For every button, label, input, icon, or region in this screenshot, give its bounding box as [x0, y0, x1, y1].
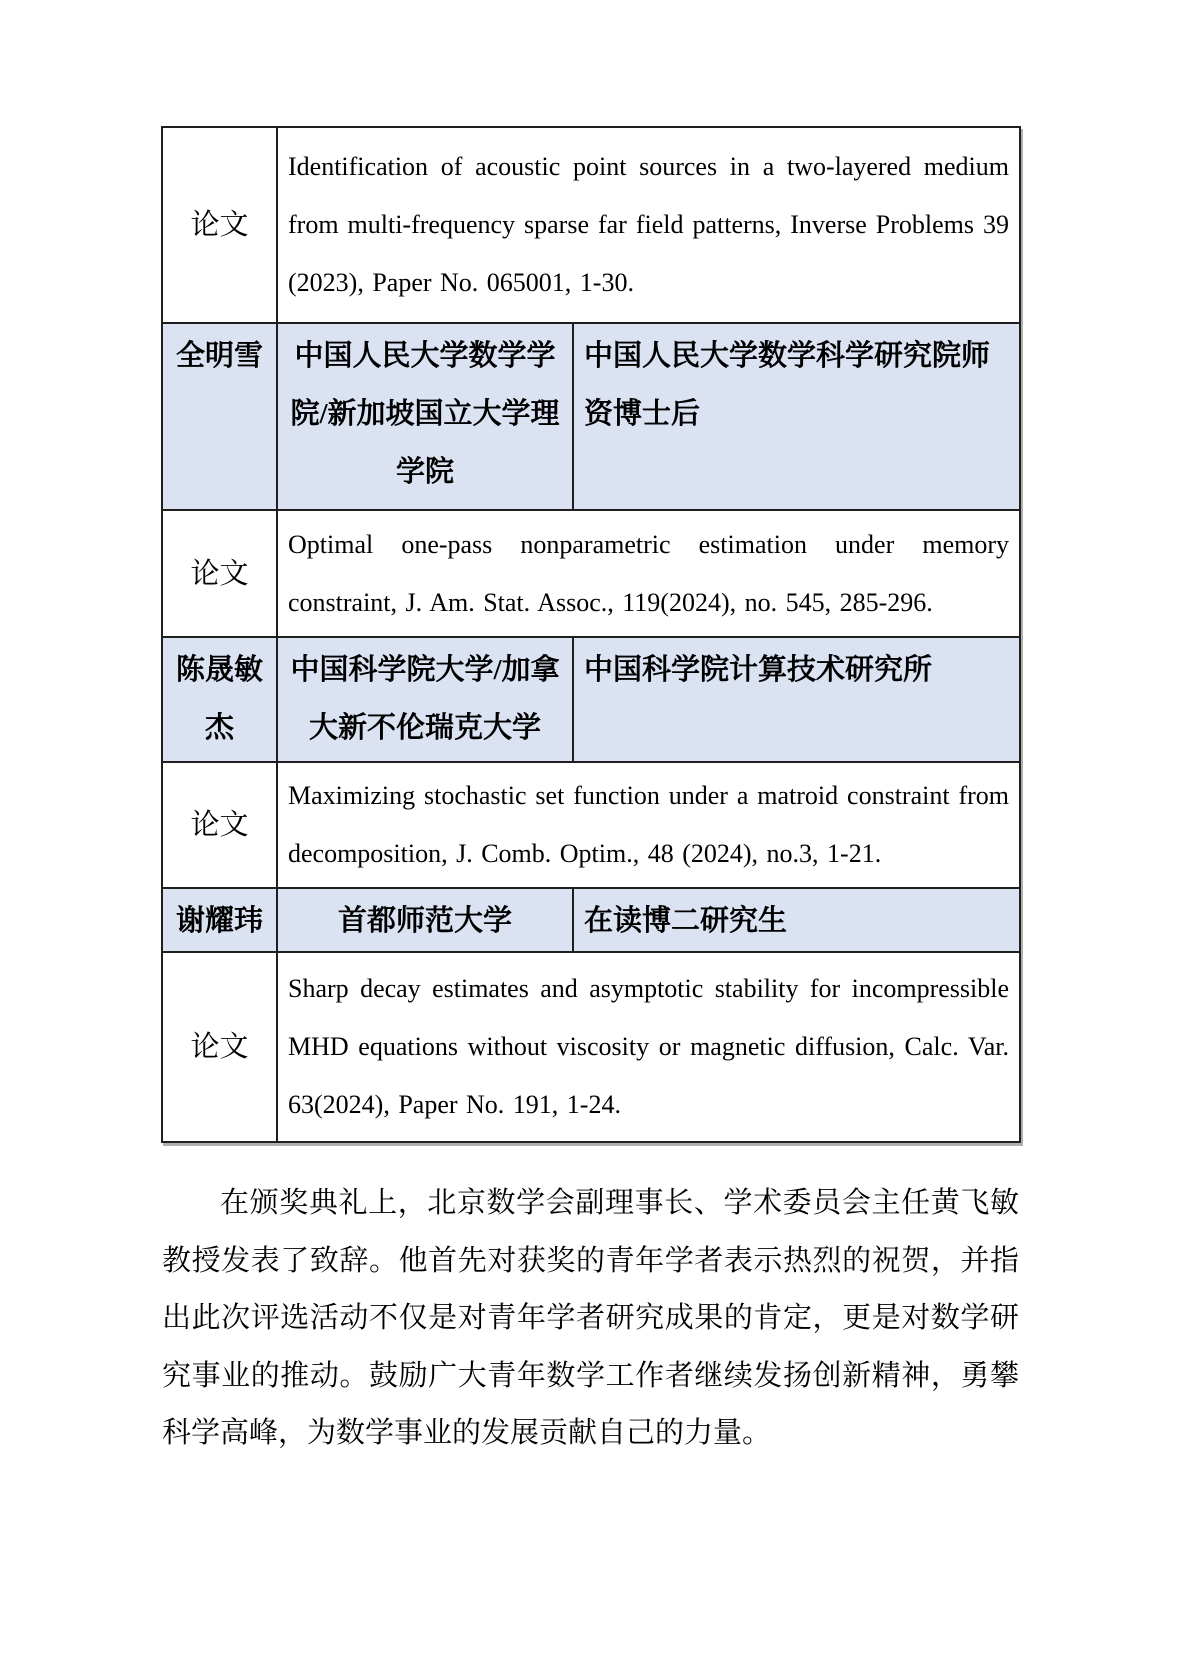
- awardee-affiliation-cell: 首都师范大学: [277, 888, 573, 952]
- page: 论文 Identification of acoustic point sour…: [0, 0, 1183, 1661]
- paper-label-cell: 论文: [162, 127, 277, 323]
- paper-row: 论文 Maximizing stochastic set function un…: [162, 762, 1020, 888]
- paper-label-cell: 论文: [162, 510, 277, 637]
- paper-label-cell: 论文: [162, 762, 277, 888]
- paper-title-cell: Identification of acoustic point sources…: [277, 127, 1020, 323]
- awardee-row: 陈晟敏杰 中国科学院大学/加拿大新不伦瑞克大学 中国科学院计算技术研究所: [162, 637, 1020, 762]
- awardee-position-cell: 中国科学院计算技术研究所: [573, 637, 1020, 762]
- award-table: 论文 Identification of acoustic point sour…: [161, 126, 1021, 1143]
- paper-row: 论文 Sharp decay estimates and asymptotic …: [162, 952, 1020, 1142]
- awardee-affiliation-cell: 中国人民大学数学学院/新加坡国立大学理学院: [277, 323, 573, 510]
- awardee-affiliation-cell: 中国科学院大学/加拿大新不伦瑞克大学: [277, 637, 573, 762]
- ceremony-speech-paragraph: 在颁奖典礼上，北京数学会副理事长、学术委员会主任黄飞敏教授发表了致辞。他首先对获…: [162, 1175, 1019, 1463]
- awardee-name-cell: 陈晟敏杰: [162, 637, 277, 762]
- paper-label-cell: 论文: [162, 952, 277, 1142]
- awardee-row: 全明雪 中国人民大学数学学院/新加坡国立大学理学院 中国人民大学数学科学研究院师…: [162, 323, 1020, 510]
- paper-title-cell: Sharp decay estimates and asymptotic sta…: [277, 952, 1020, 1142]
- paper-title-cell: Maximizing stochastic set function under…: [277, 762, 1020, 888]
- paper-row: 论文 Optimal one-pass nonparametric estima…: [162, 510, 1020, 637]
- awardee-name-cell: 谢耀玮: [162, 888, 277, 952]
- awardee-row: 谢耀玮 首都师范大学 在读博二研究生: [162, 888, 1020, 952]
- paper-row: 论文 Identification of acoustic point sour…: [162, 127, 1020, 323]
- awardee-position-cell: 在读博二研究生: [573, 888, 1020, 952]
- awardee-name-cell: 全明雪: [162, 323, 277, 510]
- paper-title-cell: Optimal one-pass nonparametric estimatio…: [277, 510, 1020, 637]
- awardee-position-cell: 中国人民大学数学科学研究院师资博士后: [573, 323, 1020, 510]
